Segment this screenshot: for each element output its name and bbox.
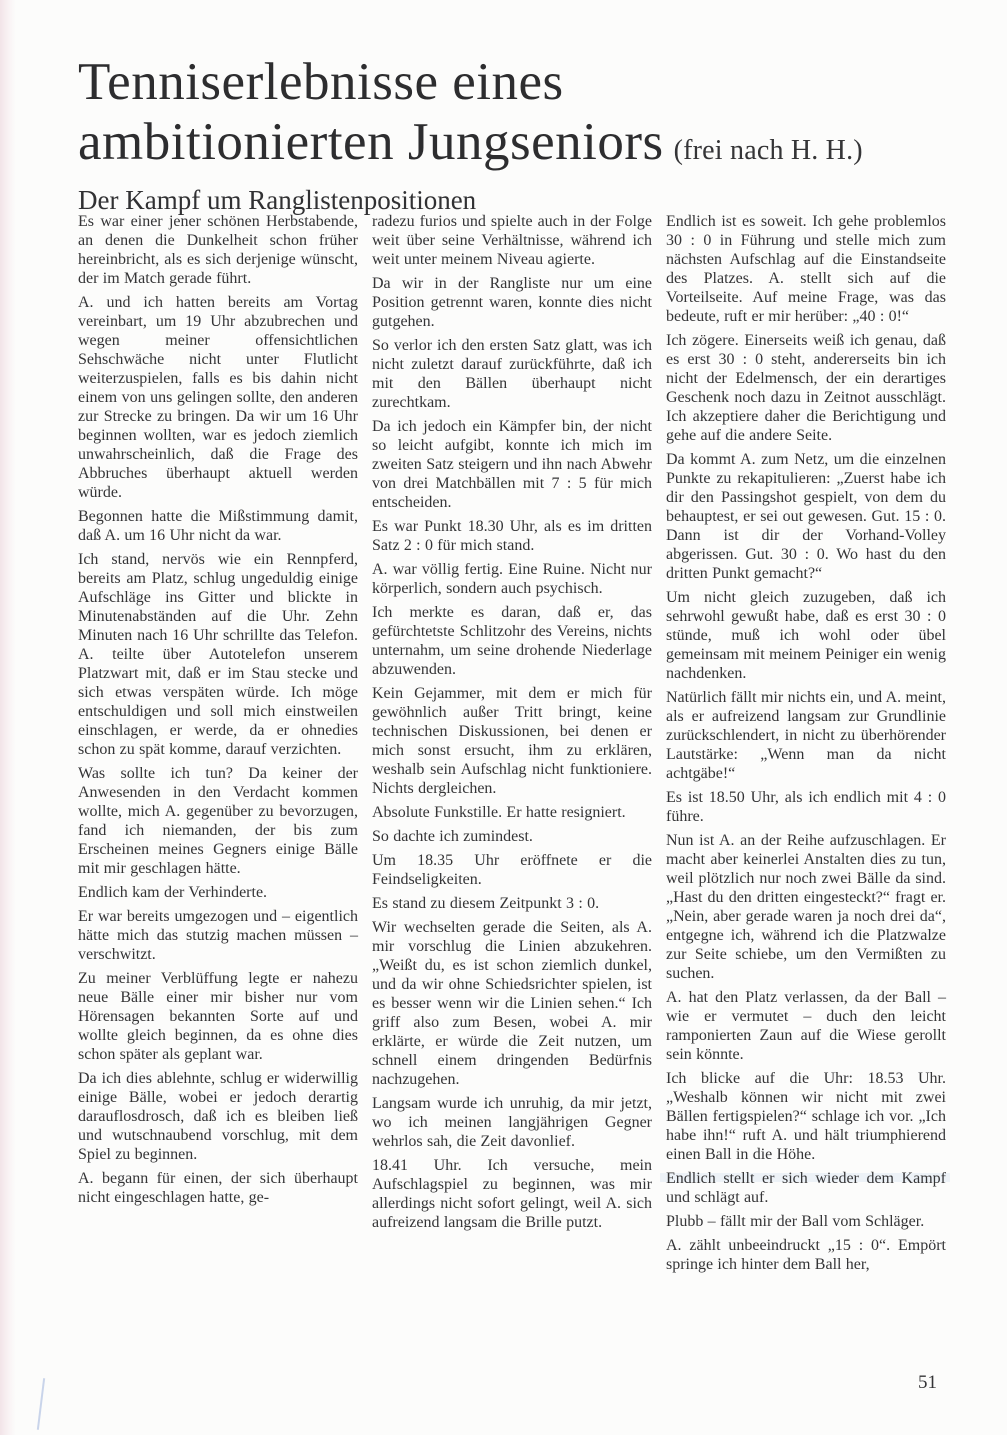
paragraph: Natürlich fällt mir nichts ein, und A. m…: [666, 688, 946, 783]
paragraph: Um 18.35 Uhr eröffnete er die Feindselig…: [372, 851, 652, 889]
paragraph: Um nicht gleich zuzugeben, daß ich sehrw…: [666, 588, 946, 683]
paragraph: Begonnen hatte die Mißstimmung damit, da…: [78, 507, 358, 545]
paragraph: So dachte ich zumindest.: [372, 827, 652, 846]
paragraph: Wir wechselten gerade die Seiten, als A.…: [372, 918, 652, 1089]
paragraph: Ich stand, nervös wie ein Rennpferd, ber…: [78, 550, 358, 759]
text-column-1: Es war einer jener schönen Herbstabende,…: [78, 212, 358, 1279]
paragraph: A. begann für einen, der sich überhaupt …: [78, 1169, 358, 1207]
paragraph: Endlich ist es soweit. Ich gehe probleml…: [666, 212, 946, 326]
paragraph: A. und ich hatten bereits am Vortag vere…: [78, 293, 358, 502]
paragraph: Da ich jedoch ein Kämpfer bin, der nicht…: [372, 417, 652, 512]
paragraph: Da kommt A. zum Netz, um die einzelnen P…: [666, 450, 946, 583]
article-title-line1: Tenniserlebnisse eines: [78, 53, 564, 111]
paragraph: Da wir in der Rangliste nur um eine Posi…: [372, 274, 652, 331]
paragraph: Ich zögere. Einerseits weiß ich genau, d…: [666, 331, 946, 445]
article-title-line2: ambitionierten Jungseniors: [78, 113, 664, 171]
paragraph: Zu meiner Verblüffung legte er nahezu ne…: [78, 969, 358, 1064]
paragraph: A. hat den Platz verlassen, da der Ball …: [666, 988, 946, 1064]
paragraph: Es war Punkt 18.30 Uhr, als es im dritte…: [372, 517, 652, 555]
paragraph: 18.41 Uhr. Ich versuche, mein Aufschlags…: [372, 1156, 652, 1232]
article-title: Tenniserlebnisse eines ambitionierten Ju…: [78, 52, 948, 181]
article-body: Es war einer jener schönen Herbstabende,…: [78, 212, 946, 1279]
paragraph: So verlor ich den ersten Satz glatt, was…: [372, 336, 652, 412]
paragraph: Nun ist A. an der Reihe aufzuschlagen. E…: [666, 831, 946, 983]
paragraph: Endlich kam der Verhinderte.: [78, 883, 358, 902]
paragraph: Es ist 18.50 Uhr, als ich endlich mit 4 …: [666, 788, 946, 826]
paragraph: Ich merkte es daran, daß er, das gefürch…: [372, 603, 652, 679]
article-title-annotation: (frei nach H. H.): [674, 135, 863, 166]
paragraph: Plubb – fällt mir der Ball vom Schläger.: [666, 1212, 946, 1231]
scan-edge-artifact: [0, 0, 16, 1435]
page-number: 51: [918, 1372, 937, 1394]
paragraph: Langsam wurde ich unruhig, da mir jetzt,…: [372, 1094, 652, 1151]
paragraph: radezu furios und spielte auch in der Fo…: [372, 212, 652, 269]
paragraph: Was sollte ich tun? Da keiner der Anwese…: [78, 764, 358, 878]
paragraph: A. zählt unbeeindruckt „15 : 0“. Empört …: [666, 1236, 946, 1274]
text-column-2: radezu furios und spielte auch in der Fo…: [372, 212, 652, 1279]
paragraph: Es war einer jener schönen Herbstabende,…: [78, 212, 358, 288]
page-background: Tenniserlebnisse eines ambitionierten Ju…: [0, 0, 1007, 1435]
paragraph: Absolute Funkstille. Er hatte resigniert…: [372, 803, 652, 822]
paragraph: A. war völlig fertig. Eine Ruine. Nicht …: [372, 560, 652, 598]
paragraph: Ich blicke auf die Uhr: 18.53 Uhr. „Wesh…: [666, 1069, 946, 1164]
paragraph: Endlich stellt er sich wieder dem Kampf …: [666, 1169, 946, 1207]
paragraph: Kein Gejammer, mit dem er mich für gewöh…: [372, 684, 652, 798]
paragraph: Es stand zu diesem Zeitpunkt 3 : 0.: [372, 894, 652, 913]
text-column-3: Endlich ist es soweit. Ich gehe probleml…: [666, 212, 946, 1279]
scanned-article-page: { "page": { "title_line1": "Tenniserlebn…: [0, 0, 1007, 1435]
paragraph: Da ich dies ablehnte, schlug er widerwil…: [78, 1069, 358, 1164]
scan-line-artifact: [37, 1378, 45, 1430]
paragraph: Er war bereits umgezogen und – eigentlic…: [78, 907, 358, 964]
article-header: Tenniserlebnisse eines ambitionierten Ju…: [78, 52, 948, 216]
